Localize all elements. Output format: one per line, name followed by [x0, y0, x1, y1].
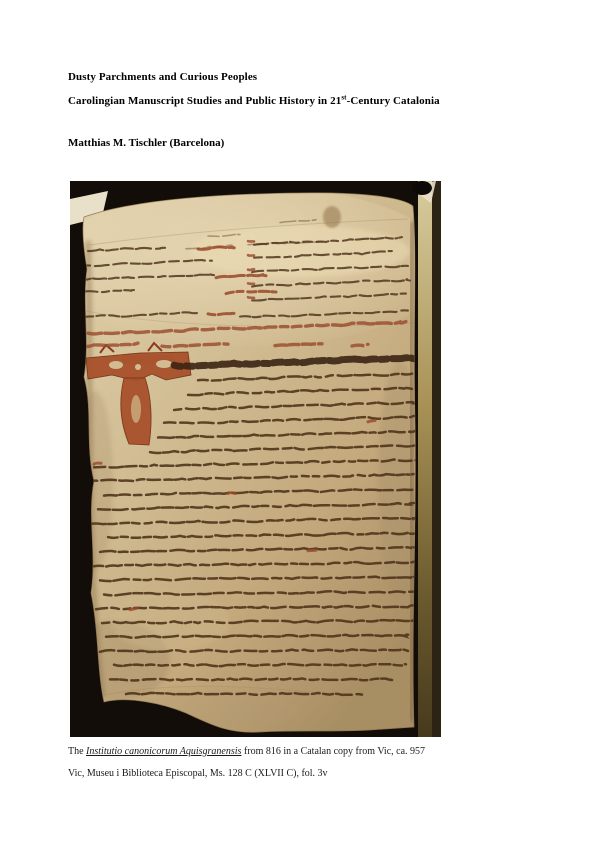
title-text-2-prefix: Carolingian Manuscript Studies and Publi…: [68, 95, 341, 107]
figure-caption-line-1: The Institutio canonicorum Aquisgranensi…: [68, 746, 425, 758]
photo-right-edge-shadow: [432, 181, 441, 737]
title-text-2-suffix: -Century Catalonia: [347, 95, 440, 107]
title-text-1: Dusty Parchments and Curious Peoples: [68, 71, 257, 83]
paper-title-line-2: Carolingian Manuscript Studies and Publi…: [68, 95, 440, 108]
author-line: Matthias M. Tischler (Barcelona): [68, 137, 224, 150]
manuscript-photo: [70, 181, 441, 737]
paper-title-line-1: Dusty Parchments and Curious Peoples: [68, 71, 257, 84]
caption-work-title: Institutio canonicorum Aquisgranensis: [86, 746, 241, 757]
caption-prefix: The: [68, 746, 86, 757]
caption-suffix: from 816 in a Catalan copy from Vic, ca.…: [241, 746, 425, 757]
figure-caption-line-2: Vic, Museu i Biblioteca Episcopal, Ms. 1…: [68, 768, 328, 780]
binding-dark-patch: [412, 181, 432, 195]
manuscript-photo-canvas: [70, 181, 441, 737]
pdf-page: Dusty Parchments and Curious Peoples Car…: [0, 0, 595, 842]
book-fore-edge: [418, 181, 433, 737]
ink-smudge: [323, 206, 341, 228]
